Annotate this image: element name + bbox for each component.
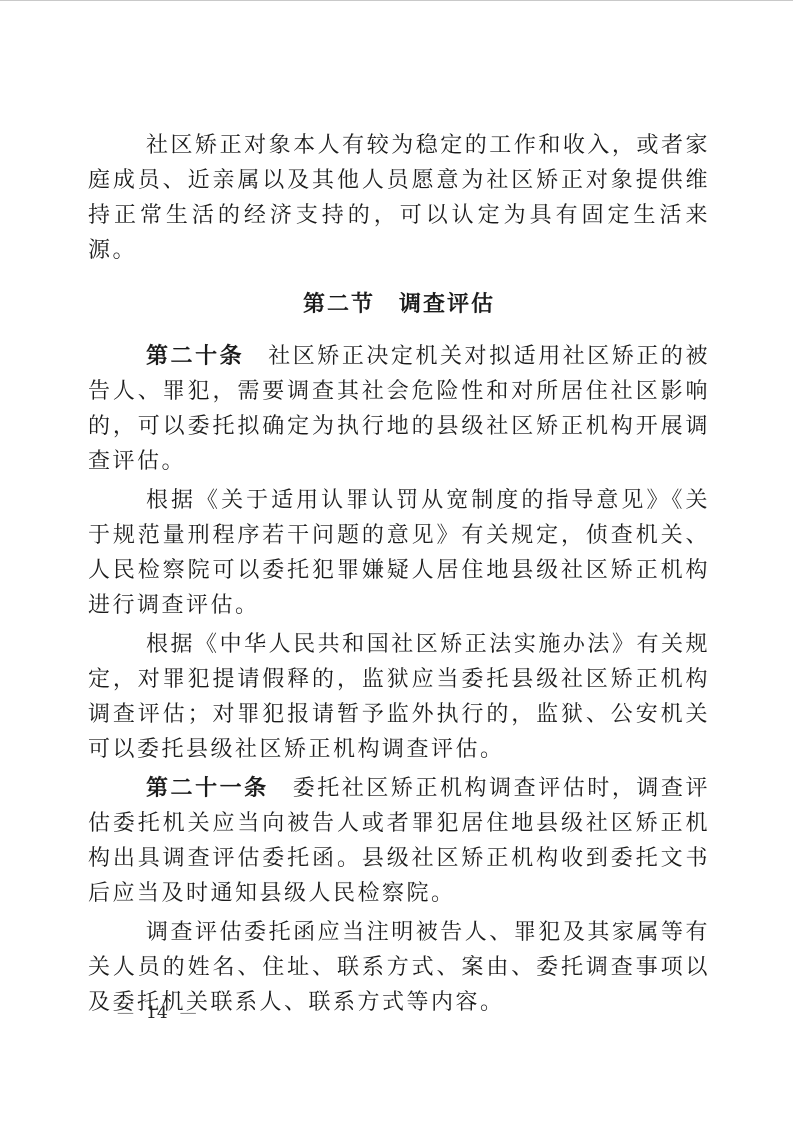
section-heading-number: 第二节 bbox=[303, 292, 375, 317]
article-paragraph: 第二十一条委托社区矫正机构调查评估时，调查评估委托机关应当向被告人或者罪犯居住地… bbox=[88, 771, 710, 911]
article-number-label: 第二十条 bbox=[146, 344, 244, 369]
section-heading-title: 调查评估 bbox=[399, 292, 495, 317]
article-number-label: 第二十一条 bbox=[146, 776, 269, 801]
document-body: 社区矫正对象本人有较为稳定的工作和收入，或者家庭成员、近亲属以及其他人员愿意为社… bbox=[88, 128, 710, 1024]
footer-dash-right: — bbox=[180, 1002, 197, 1024]
body-paragraph: 根据《关于适用认罪认罚从宽制度的指导意见》《关于规范量刑程序若干问题的意见》有关… bbox=[88, 483, 710, 623]
page-number: 14 bbox=[146, 1002, 168, 1024]
page-footer: — 14 — bbox=[117, 1002, 197, 1024]
body-paragraph: 社区矫正对象本人有较为稳定的工作和收入，或者家庭成员、近亲属以及其他人员愿意为社… bbox=[88, 128, 710, 268]
document-page: 社区矫正对象本人有较为稳定的工作和收入，或者家庭成员、近亲属以及其他人员愿意为社… bbox=[0, 0, 793, 1122]
footer-dash-left: — bbox=[117, 1002, 134, 1024]
section-heading: 第二节调查评估 bbox=[88, 287, 710, 322]
article-paragraph: 第二十条社区矫正决定机关对拟适用社区矫正的被告人、罪犯，需要调查其社会危险性和对… bbox=[88, 339, 710, 479]
body-paragraph: 根据《中华人民共和国社区矫正法实施办法》有关规定，对罪犯提请假释的，监狱应当委托… bbox=[88, 627, 710, 767]
